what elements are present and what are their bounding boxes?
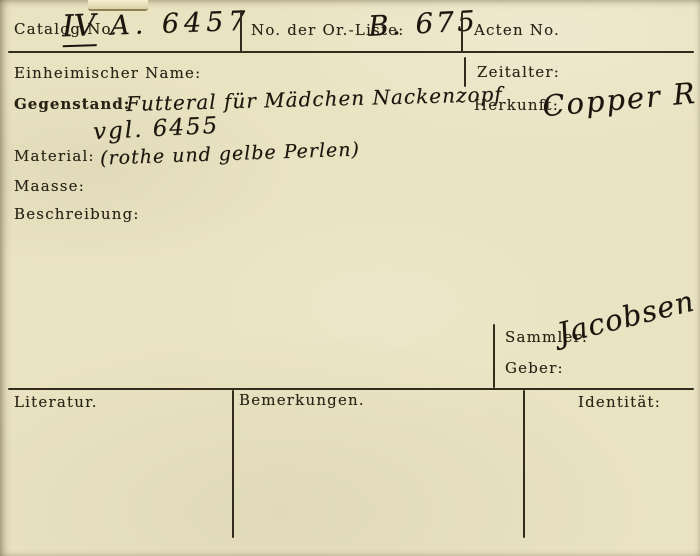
beschreibung-label: Beschreibung: [14,205,140,223]
gegenstand-value-line1: Futteral für Mädchen Nackenzopf [126,82,503,116]
gegenstand-label: Gegenstand: [14,95,130,113]
catalog-no-rest: A. 6457 [110,6,251,42]
einheimischer-name-label: Einheimischer Name: [14,64,201,82]
acten-no-label: Acten No. [474,21,560,39]
gegenstand-value-line2: vgl. 6455 [92,113,219,146]
divider-top-2 [461,12,463,53]
rule-footer [8,388,694,390]
bemerkungen-label: Bemerkungen. [239,391,365,409]
divider-top-1 [240,10,242,52]
divider-footer-2 [523,390,525,538]
divider-sammler [493,324,495,388]
rule-under-header [8,51,694,53]
material-label: Material: [14,147,95,165]
herkunft-value: Copper R. [541,75,700,123]
zeitalter-label: Zeitalter: [477,63,560,81]
material-value: (rothe und gelbe Perlen) [100,138,361,169]
geber-label: Geber: [505,359,564,377]
literatur-label: Literatur. [14,393,98,411]
catalog-no-roman: IV [61,8,96,47]
maasse-label: Maasse: [14,177,85,195]
sammler-signature: Jacobsen [554,284,698,351]
catalog-no-value: IV A. 6457 [61,3,251,45]
identitaet-label: Identität: [578,393,661,411]
divider-footer-1 [232,390,234,538]
catalog-card: Catalog No. IV A. 6457 No. der Or.-Liste… [0,0,700,556]
